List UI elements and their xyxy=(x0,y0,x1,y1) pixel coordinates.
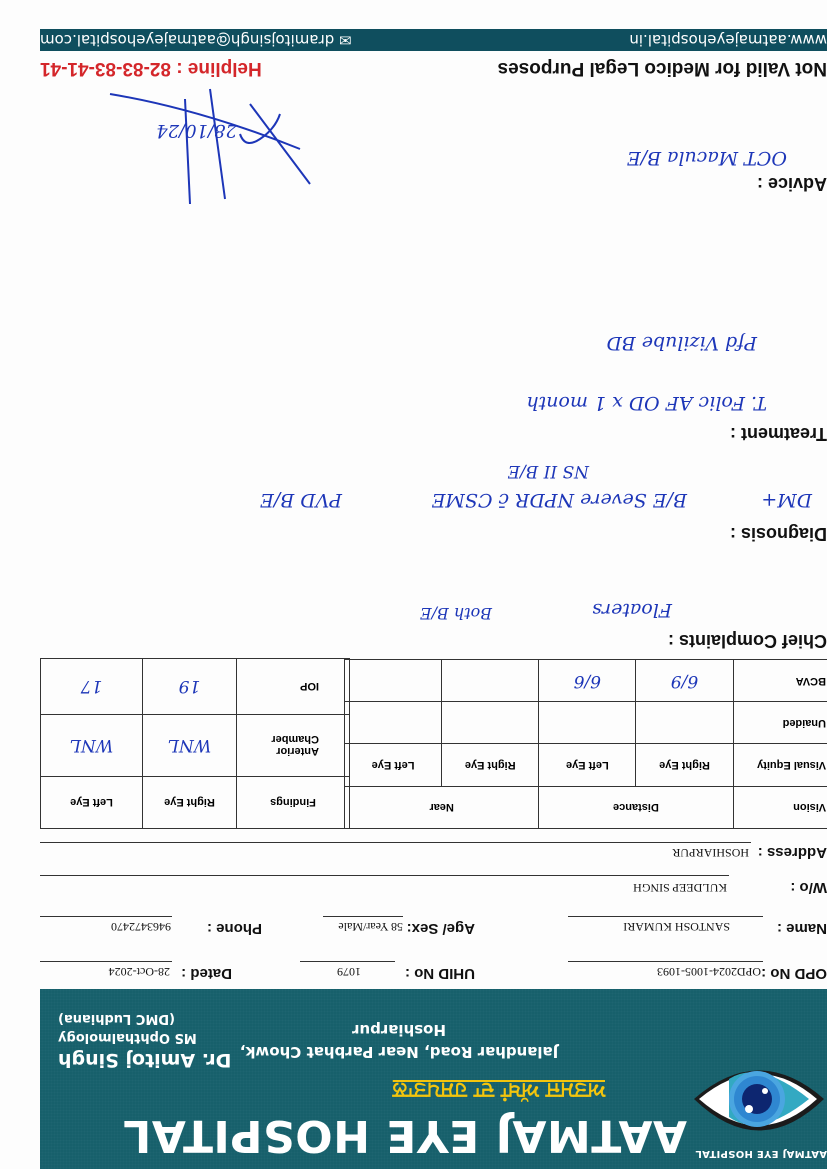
anterior-right: WNL xyxy=(143,715,237,777)
th-near: Near xyxy=(345,786,539,828)
name-row: Name : SANTOSH KUMARI Age/ Sex: 58 Year/… xyxy=(40,911,827,937)
bcva-dist-left: 6/6 xyxy=(539,660,636,702)
row-bcva: BCVA xyxy=(733,660,827,702)
phone-value: 9463472470 xyxy=(111,919,171,934)
doctor-name: Dr. Amitoj Singh xyxy=(58,1049,231,1071)
opd-value: OPD2024-1005-1093 xyxy=(657,964,761,979)
age-sex-label: Age/ Sex: xyxy=(407,920,475,937)
diagnosis-line-3: PVD B/E xyxy=(260,489,342,511)
unaided-near-right xyxy=(442,702,539,744)
address-label: Address : xyxy=(758,844,827,861)
wo-label: W/o : xyxy=(790,879,827,896)
th-distance: Distance xyxy=(539,786,733,828)
uhid-value: 1079 xyxy=(337,964,361,979)
opd-row: OPD No : OPD2024-1005-1093 UHID No : 107… xyxy=(40,956,827,982)
th-vision: Vision xyxy=(733,786,827,828)
row-anterior-chamber: Anterior Chamber xyxy=(237,715,350,777)
th-visual-equity: Visual Equity xyxy=(733,744,827,786)
th-dist-left: Left Eye xyxy=(539,744,636,786)
th-near-right: Right Eye xyxy=(442,744,539,786)
hospital-address: Jalandhar Road, Near Parbhat Chowk, Hosh… xyxy=(219,1019,579,1063)
contact-footer: www.aatmajeyehospital.in ✉ dramitojsingh… xyxy=(40,29,827,51)
doctor-signature-icon xyxy=(100,79,320,209)
eye-logo-icon xyxy=(689,1057,827,1157)
chief-complaints-label: Chief Complaints : xyxy=(668,630,827,651)
bcva-dist-right: 6/9 xyxy=(636,660,733,702)
iop-left: 17 xyxy=(41,659,143,715)
th-findings-right: Right Eye xyxy=(143,777,237,829)
mail-icon: ✉ xyxy=(334,31,351,49)
email-text: dramitojsingh@aatmajeyehospital.com xyxy=(40,31,334,49)
doctor-qualification: MS Ophthalmology xyxy=(58,1030,231,1045)
wo-row: W/o : KULDEEP SINGH xyxy=(40,870,827,896)
th-findings: Findings xyxy=(237,777,350,829)
th-findings-left: Left Eye xyxy=(41,777,143,829)
address-line-1: Jalandhar Road, Near Parbhat Chowk, xyxy=(219,1041,579,1063)
address-value: HOSHIARPUR xyxy=(672,845,749,860)
treatment-label: Treatment : xyxy=(730,423,827,444)
advice-label: Advice : xyxy=(757,173,827,194)
iop-right: 19 xyxy=(143,659,237,715)
signature-date: 28/10/24 xyxy=(156,120,237,141)
vision-table: Vision Distance Near Visual Equity Right… xyxy=(344,659,827,829)
row-unaided: Unaided xyxy=(733,702,827,744)
row-iop: IOP xyxy=(237,659,350,715)
name-value: SANTOSH KUMARI xyxy=(623,919,730,934)
diagnosis-line-4: NS II B/E xyxy=(508,461,589,481)
helpline: Helpline : 82-83-83-41-41 xyxy=(40,57,262,79)
bcva-near-left xyxy=(345,660,442,702)
diagnosis-line-2: B/E Severe NPDR c̄ CSME xyxy=(432,489,687,511)
prescription-page: AATMAJ EYE HOSPITAL AATMAJ EYE HOSPITAL … xyxy=(0,0,827,1169)
unaided-near-left xyxy=(345,702,442,744)
th-dist-right: Right Eye xyxy=(636,744,733,786)
diagnosis-line-1: DM+ xyxy=(761,489,812,511)
email-link[interactable]: ✉ dramitojsingh@aatmajeyehospital.com xyxy=(40,31,352,49)
chief-complaint-text: Floaters xyxy=(592,599,672,621)
diagnosis-label: Diagnosis : xyxy=(730,523,827,544)
hospital-header: AATMAJ EYE HOSPITAL AATMAJ EYE HOSPITAL … xyxy=(40,989,827,1169)
dated-label: Dated : xyxy=(181,965,232,982)
treatment-line-1: T. Folic AF OD x 1 month xyxy=(526,392,767,414)
hospital-name: AATMAJ EYE HOSPITAL xyxy=(123,1110,687,1161)
age-sex-value: 58 Year/Male xyxy=(338,919,403,934)
dated-value: 28-Oct-2024 xyxy=(109,964,170,979)
phone-label: Phone : xyxy=(207,920,262,937)
not-valid-notice: Not Valid for Medico Legal Purposes xyxy=(498,57,827,79)
doctor-info: Dr. Amitoj Singh MS Ophthalmology (DMC L… xyxy=(58,1011,231,1071)
chief-complaint-eye: Both B/E xyxy=(420,604,492,623)
website-link[interactable]: www.aatmajeyehospital.in xyxy=(629,31,827,49)
advice-line-1: OCT Macula B/E xyxy=(627,147,787,169)
th-near-left: Left Eye xyxy=(345,744,442,786)
name-label: Name : xyxy=(777,920,827,937)
address-row: Address : HOSHIARPUR xyxy=(40,835,827,861)
wo-value: KULDEEP SINGH xyxy=(633,880,727,895)
unaided-dist-right xyxy=(636,702,733,744)
address-line-2: Hoshiarpur xyxy=(219,1019,579,1041)
hospital-tagline: ਅਤਮਜ ਅੱਖਾਂ ਦਾ ਹਸਪਤਾਲ xyxy=(393,1078,605,1103)
uhid-label: UHID No : xyxy=(405,965,475,982)
doctor-institute: (DMC Ludhiana) xyxy=(58,1011,231,1026)
anterior-left: WNL xyxy=(41,715,143,777)
bcva-near-right xyxy=(442,660,539,702)
treatment-line-2: Pfd Vizilube BD xyxy=(606,332,757,354)
unaided-dist-left xyxy=(539,702,636,744)
opd-label: OPD No : xyxy=(761,965,827,982)
findings-table: Findings Right Eye Left Eye Anterior Cha… xyxy=(40,658,350,829)
